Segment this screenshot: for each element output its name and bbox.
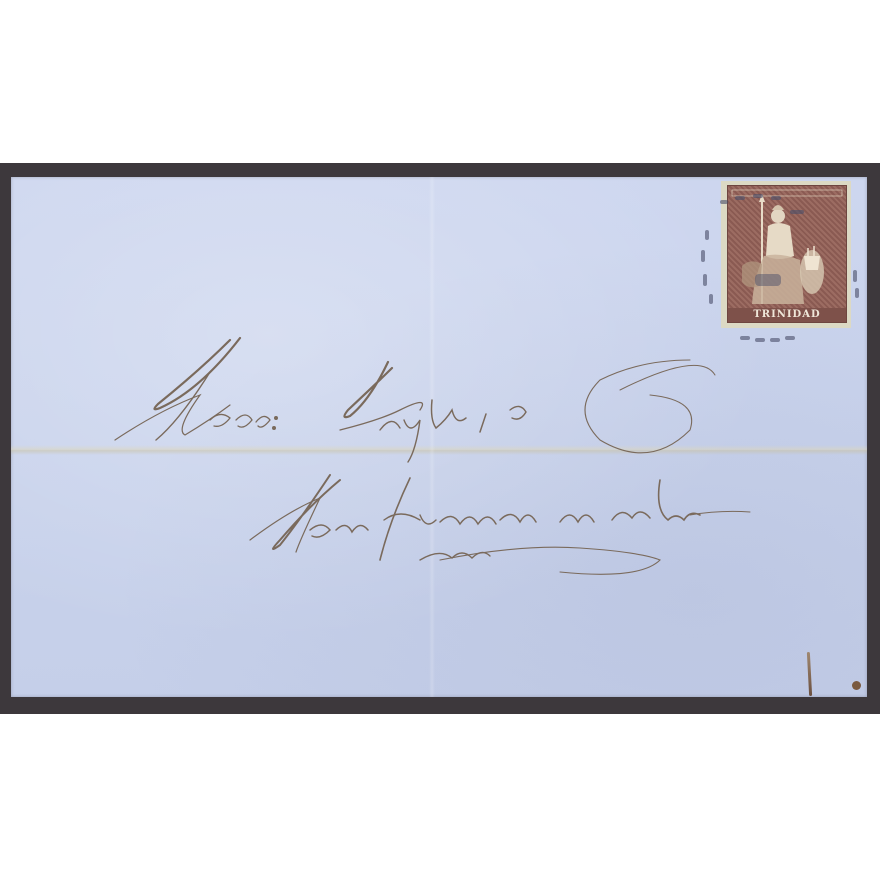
britannia-figure-icon xyxy=(728,186,846,322)
stamp-design: TRINIDAD xyxy=(727,185,847,323)
vertical-fold xyxy=(429,177,435,697)
stamp-country-label: TRINIDAD xyxy=(728,308,846,322)
paper-stain xyxy=(852,681,861,690)
postage-stamp: TRINIDAD xyxy=(721,181,851,328)
horizontal-fold xyxy=(11,445,867,455)
